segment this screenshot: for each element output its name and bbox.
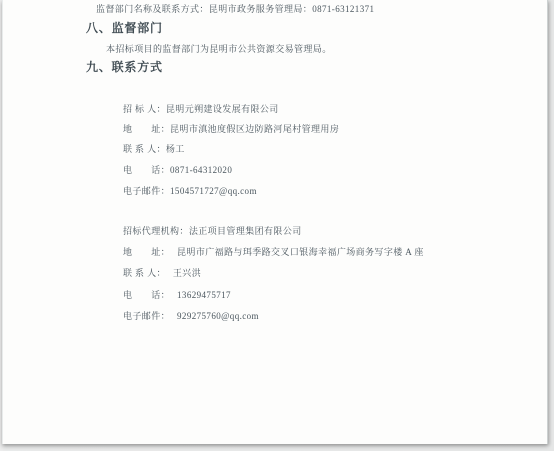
section-9-heading: 九、联系方式: [86, 60, 163, 74]
agency-email-label: 电子邮件：: [123, 311, 170, 321]
document-page: 监督部门名称及联系方式：昆明市政务服务管理局：0871-63121371 八、监…: [2, 0, 548, 444]
section-8-heading: 八、监督部门: [86, 21, 163, 35]
agency-email-value: 929275760@qq.com: [177, 311, 259, 321]
tenderer-email-label: 电子邮件：: [123, 186, 170, 196]
tenderer-email-value: 1504571727@qq.com: [170, 186, 257, 196]
agency-address-value: 昆明市广福路与珥季路交叉口银海幸福广场商务写字楼 A 座: [177, 247, 424, 257]
tenderer-address-value: 昆明市滇池度假区边防路河尾村管理用房: [170, 124, 339, 134]
supervision-contact-line: 监督部门名称及联系方式：昆明市政务服务管理局：0871-63121371: [96, 3, 374, 15]
agency-email-row: 电子邮件：929275760@qq.com: [107, 288, 259, 342]
section-8-body: 本招标项目的监督部门为昆明市公共资源交易管理局。: [106, 43, 332, 55]
